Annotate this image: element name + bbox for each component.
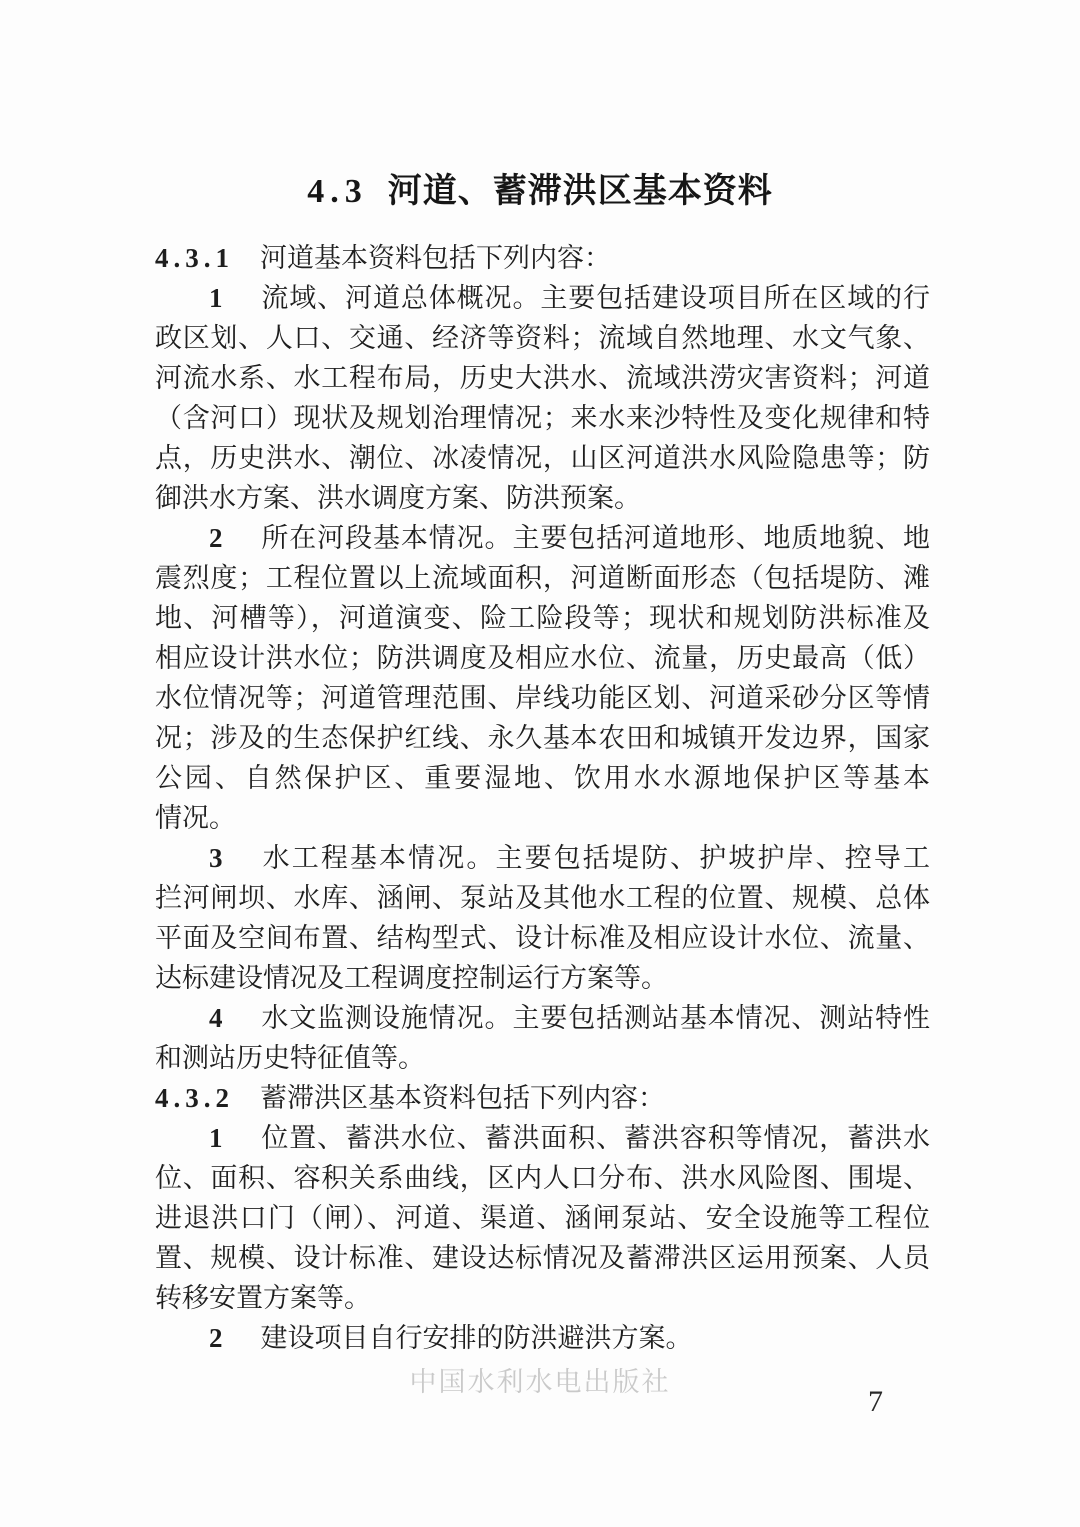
item-line: 1流域、河道总体概况。主要包括建设项目所在区域的行	[155, 278, 930, 318]
line-text: 河道基本资料包括下列内容：	[260, 243, 611, 273]
item-number: 3	[209, 843, 223, 873]
document-body: 4.3.1河道基本资料包括下列内容：1流域、河道总体概况。主要包括建设项目所在区…	[155, 238, 930, 1358]
text-line: 相应设计洪水位；防洪调度及相应水位、流量，历史最高（低）	[155, 638, 930, 678]
line-text: 和测站历史特征值等。	[155, 1043, 425, 1073]
line-text: 御洪水方案、洪水调度方案、防洪预案。	[155, 483, 641, 513]
line-text: 水工程基本情况。主要包括堤防、护坡护岸、控导工程、	[209, 843, 930, 878]
item-number: 4	[209, 1003, 223, 1033]
text-line: 平面及空间布置、结构型式、设计标准及相应设计水位、流量、	[155, 918, 930, 958]
line-text: 所在河段基本情况。主要包括河道地形、地质地貌、地	[261, 523, 931, 553]
line-text: 点，历史洪水、潮位、冰凌情况，山区河道洪水风险隐患等；防	[155, 443, 930, 473]
line-text: 河流水系、水工程布局，历史大洪水、流域洪涝灾害资料；河道	[155, 363, 930, 393]
item-line: 2所在河段基本情况。主要包括河道地形、地质地貌、地	[155, 518, 930, 558]
text-line: 公园、自然保护区、重要湿地、饮用水水源地保护区等基本	[155, 758, 930, 798]
item-number: 2	[209, 1323, 223, 1353]
item-number: 2	[209, 523, 223, 553]
line-text: 地、河槽等），河道演变、险工险段等；现状和规划防洪标准及	[155, 603, 930, 633]
item-line: 2建设项目自行安排的防洪避洪方案。	[155, 1318, 930, 1358]
line-text: 流域、河道总体概况。主要包括建设项目所在区域的行	[261, 283, 931, 313]
page-number: 7	[868, 1385, 883, 1419]
text-line: （含河口）现状及规划治理情况；来水来沙特性及变化规律和特	[155, 398, 930, 438]
section-title: 4.3河道、蓄滞洪区基本资料	[0, 168, 1080, 214]
text-line: 御洪水方案、洪水调度方案、防洪预案。	[155, 478, 930, 518]
text-line: 河流水系、水工程布局，历史大洪水、流域洪涝灾害资料；河道	[155, 358, 930, 398]
text-line: 转移安置方案等。	[155, 1278, 930, 1318]
text-line: 地、河槽等），河道演变、险工险段等；现状和规划防洪标准及	[155, 598, 930, 638]
line-text: 况；涉及的生态保护红线、永久基本农田和城镇开发边界，国家	[155, 723, 930, 753]
line-text: 平面及空间布置、结构型式、设计标准及相应设计水位、流量、	[155, 923, 930, 953]
clause-number: 4.3.1	[155, 243, 234, 273]
text-line: 置、规模、设计标准、建设达标情况及蓄滞洪区运用预案、人员	[155, 1238, 930, 1278]
section-title-text: 河道、蓄滞洪区基本资料	[388, 172, 773, 210]
line-text: 进退洪口门（闸）、河道、渠道、涵闸泵站、安全设施等工程位	[155, 1203, 930, 1233]
text-line: 政区划、人口、交通、经济等资料；流域自然地理、水文气象、	[155, 318, 930, 358]
line-text: 水文监测设施情况。主要包括测站基本情况、测站特性	[261, 1003, 931, 1033]
text-line: 水位情况等；河道管理范围、岸线功能区划、河道采砂分区等情	[155, 678, 930, 718]
item-number: 1	[209, 283, 223, 313]
line-text: 蓄滞洪区基本资料包括下列内容：	[260, 1083, 665, 1113]
clause-line: 4.3.2蓄滞洪区基本资料包括下列内容：	[155, 1078, 930, 1118]
line-text: 相应设计洪水位；防洪调度及相应水位、流量，历史最高（低）	[155, 643, 930, 673]
line-text: 置、规模、设计标准、建设达标情况及蓄滞洪区运用预案、人员	[155, 1243, 930, 1273]
text-line: 进退洪口门（闸）、河道、渠道、涵闸泵站、安全设施等工程位	[155, 1198, 930, 1238]
item-line: 3水工程基本情况。主要包括堤防、护坡护岸、控导工程、	[155, 838, 930, 878]
line-text: 建设项目自行安排的防洪避洪方案。	[261, 1323, 693, 1353]
line-text: 转移安置方案等。	[155, 1283, 371, 1313]
item-line: 4水文监测设施情况。主要包括测站基本情况、测站特性	[155, 998, 930, 1038]
line-text: （含河口）现状及规划治理情况；来水来沙特性及变化规律和特	[155, 403, 930, 433]
line-text: 政区划、人口、交通、经济等资料；流域自然地理、水文气象、	[155, 323, 930, 353]
text-line: 达标建设情况及工程调度控制运行方案等。	[155, 958, 930, 998]
line-text: 公园、自然保护区、重要湿地、饮用水水源地保护区等基本	[155, 763, 930, 793]
line-text: 水位情况等；河道管理范围、岸线功能区划、河道采砂分区等情	[155, 683, 930, 713]
text-line: 震烈度；工程位置以上流域面积，河道断面形态（包括堤防、滩	[155, 558, 930, 598]
line-text: 位置、蓄洪水位、蓄洪面积、蓄洪容积等情况，蓄洪水	[261, 1123, 931, 1153]
text-line: 位、面积、容积关系曲线，区内人口分布、洪水风险图、围堤、	[155, 1158, 930, 1198]
clause-line: 4.3.1河道基本资料包括下列内容：	[155, 238, 930, 278]
publisher-watermark: 中国水利水电出版社	[0, 1360, 1080, 1399]
text-line: 况；涉及的生态保护红线、永久基本农田和城镇开发边界，国家	[155, 718, 930, 758]
line-text: 拦河闸坝、水库、涵闸、泵站及其他水工程的位置、规模、总体	[155, 883, 930, 913]
text-line: 情况。	[155, 798, 930, 838]
item-line: 1位置、蓄洪水位、蓄洪面积、蓄洪容积等情况，蓄洪水	[155, 1118, 930, 1158]
line-text: 震烈度；工程位置以上流域面积，河道断面形态（包括堤防、滩	[155, 563, 930, 593]
line-text: 达标建设情况及工程调度控制运行方案等。	[155, 963, 668, 993]
line-text: 情况。	[155, 803, 236, 833]
item-number: 1	[209, 1123, 223, 1153]
document-page: 4.3河道、蓄滞洪区基本资料 4.3.1河道基本资料包括下列内容：1流域、河道总…	[0, 0, 1080, 1527]
text-line: 和测站历史特征值等。	[155, 1038, 930, 1078]
line-text: 位、面积、容积关系曲线，区内人口分布、洪水风险图、围堤、	[155, 1163, 930, 1193]
text-line: 拦河闸坝、水库、涵闸、泵站及其他水工程的位置、规模、总体	[155, 878, 930, 918]
section-number: 4.3	[307, 173, 368, 210]
clause-number: 4.3.2	[155, 1083, 234, 1113]
text-line: 点，历史洪水、潮位、冰凌情况，山区河道洪水风险隐患等；防	[155, 438, 930, 478]
